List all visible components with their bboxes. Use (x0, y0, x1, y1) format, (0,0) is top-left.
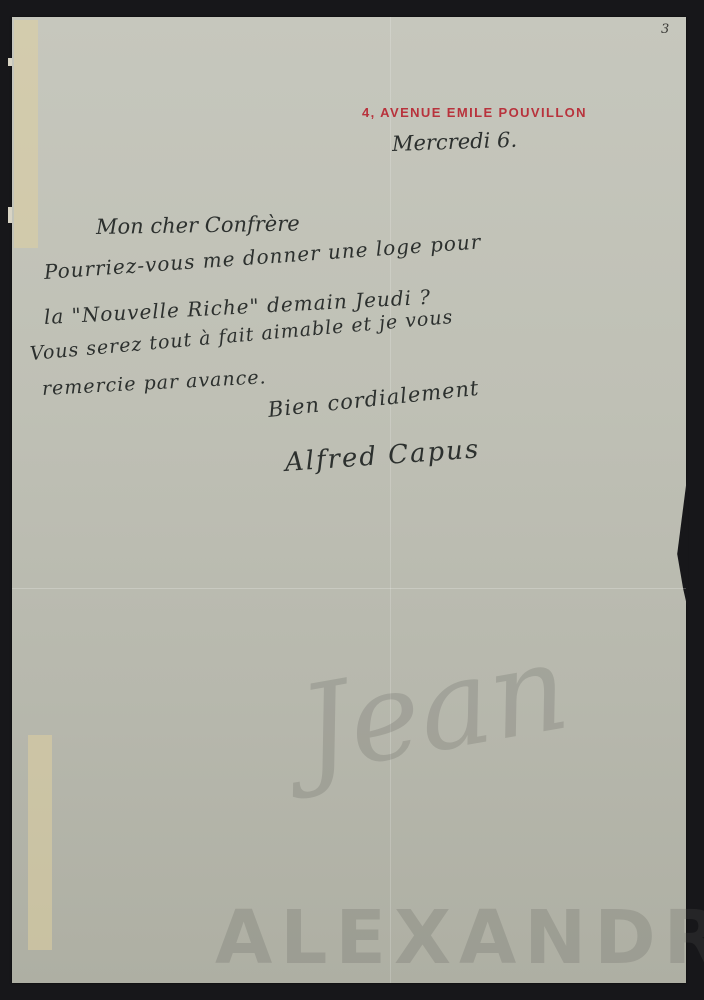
tape-strip-bottom (28, 735, 52, 950)
bleed-through-print: ALEXANDRA (215, 895, 704, 981)
vertical-fold-line (390, 17, 391, 983)
paper-tear-mark (8, 58, 12, 66)
page-number-mark: 3 (661, 22, 669, 37)
letter-date: Mercredi 6. (392, 128, 518, 156)
letter-sheet (12, 17, 686, 983)
paper-tear-mark (8, 207, 12, 223)
letterhead-address: 4, AVENUE EMILE POUVILLON (362, 105, 587, 120)
salutation: Mon cher Confrère (96, 211, 300, 239)
horizontal-fold-line (12, 588, 686, 589)
tape-strip-top (14, 20, 38, 248)
